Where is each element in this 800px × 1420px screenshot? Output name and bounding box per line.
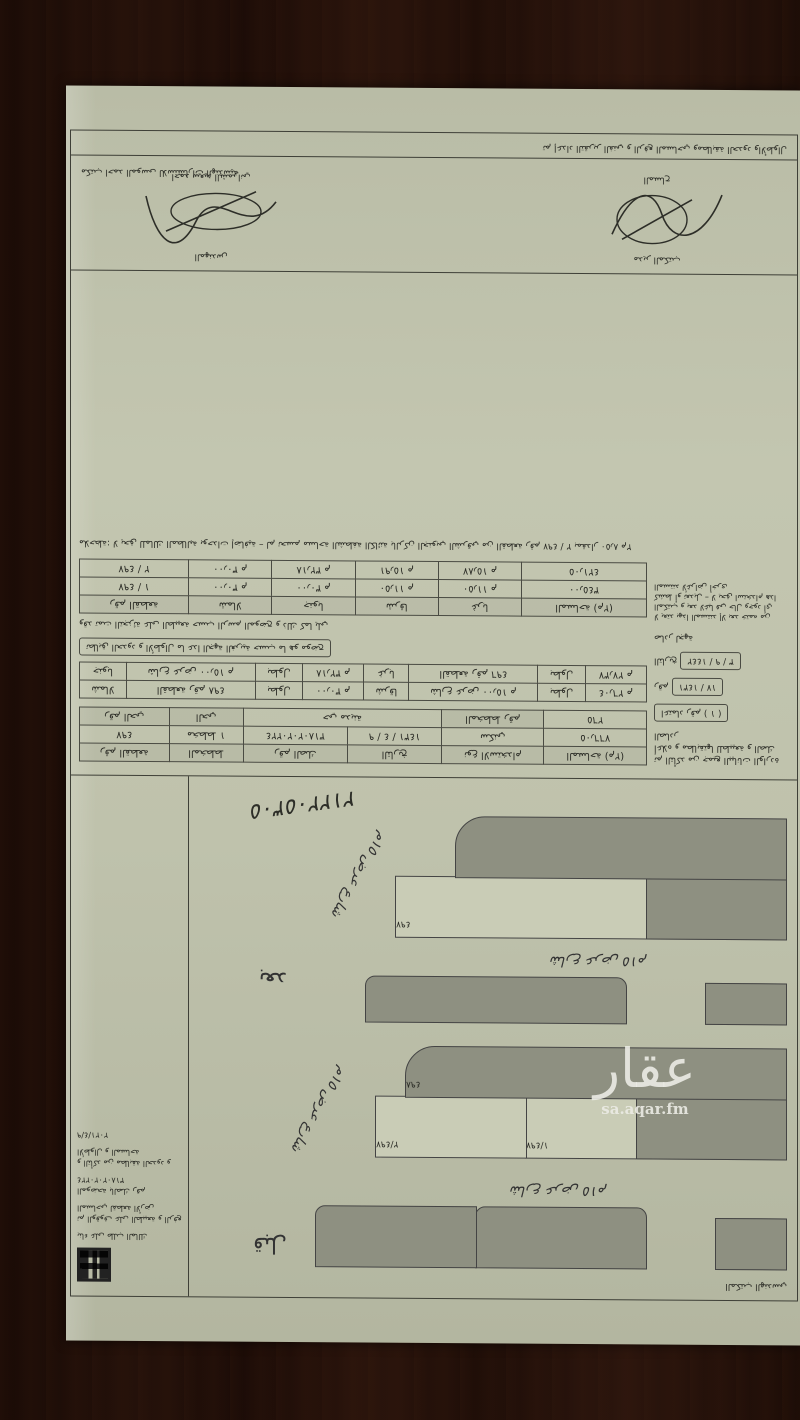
- property-label: رقم الحي: [80, 707, 170, 726]
- road-label-top: شارع عرض ١٥م: [510, 1183, 607, 1200]
- map-plot: ٤٩٧: [395, 876, 647, 940]
- property-label: المخطط رقم: [441, 710, 543, 729]
- division-intro: وقد تمت التجزئة على الطبيعة حسب الرسم ال…: [79, 618, 647, 634]
- info-line: و التأكد من مطابقة الحدود و الأطوال و ال…: [77, 1147, 182, 1170]
- property-value: ٣١٨٠٢٠٢٠٢٢٤: [243, 726, 348, 745]
- property-label: رقم القطعة: [80, 743, 170, 762]
- property-label: نوع الاستخدام: [441, 746, 543, 765]
- info-line: الموضحة بالصك رقم ٣١٨٠٢٠٢٠٢٢٤: [77, 1175, 182, 1198]
- number-box: رقم ١٤٣١ / ١٧: [654, 678, 789, 697]
- property-value: سكني: [441, 728, 543, 747]
- property-label: المخطط: [169, 744, 243, 763]
- map-block: [715, 1218, 787, 1271]
- property-value: ٢٦٥: [544, 710, 647, 729]
- approval-box: اعتماد رقم ( ١ ): [654, 704, 789, 723]
- office-name: مكتب احمد الموسى للاستشارات الهندسية: [81, 166, 238, 179]
- certification-text: تم إعداد التقرير الفني و الرفع المساحي و…: [543, 142, 787, 156]
- map-plot: [645, 877, 787, 940]
- office-manager-signature: مدير المكتب المساح: [577, 174, 737, 265]
- info-line: بناء على طلب المالك: [77, 1231, 182, 1243]
- survey-document-sheet: بناء على طلب المالك تم الوقوف على الطبيع…: [66, 85, 800, 1345]
- property-value: ٩ / ٤ / ١٤٣١: [348, 727, 442, 746]
- road-label-side: شارع عرض ١٥م: [288, 1063, 350, 1155]
- declaration-text: تم التأكد من جميع البيانات الواردة أعلاه…: [654, 730, 789, 767]
- property-value: ٧٦٦٫٠٥: [544, 728, 647, 747]
- property-label: التاريخ: [348, 745, 442, 764]
- document-content-rotated: بناء على طلب المالك تم الوقوف على الطبيع…: [70, 129, 798, 1301]
- office-label: المكتب الهندسي: [725, 1280, 787, 1292]
- road-label-top: شارع عرض ١٥م: [550, 953, 647, 970]
- map-plot: [455, 816, 787, 880]
- document-bottom-half: رقم القطعة المخطط رقم الصك التاريخ نوع ا…: [71, 130, 797, 780]
- fine-print: لا يعتد بهذا المستند إلا بعد ختمه من الم…: [654, 582, 789, 623]
- property-label: المساحة (م٢): [544, 746, 647, 765]
- map-plot: [635, 1097, 787, 1160]
- engineer-signature: المهندس احمد سعيد الشمراني: [131, 171, 291, 262]
- site-map-before: شارع عرض ١٥م ١/٤٩٧ ٢/٤٩٧ ٤٩٨ شارع عرض ١٥…: [227, 1047, 787, 1271]
- map-caption: قبل: [253, 1232, 287, 1257]
- document-top-half: بناء على طلب المالك تم الوقوف على الطبيع…: [71, 774, 797, 1300]
- boundary-note: تطابق الحدود و الأطوال ما عدا الجهة الغر…: [79, 638, 647, 660]
- map-plot: ٤٩٨: [405, 1046, 787, 1101]
- division-table: رقم القطعة شمالا جنوبا شرقا غربا المساحة…: [79, 559, 647, 618]
- division-note: ملاحظة: لا يحق للمالك المطالبة بوحدات إض…: [79, 537, 647, 553]
- road-label-side: شارع عرض ١٥م: [328, 829, 390, 921]
- property-value: مخطط ١: [169, 726, 243, 745]
- signature-scribble-icon: [582, 184, 732, 255]
- date-box: التاريخ ١٤٤٢ / ٩ / ٣: [654, 652, 789, 671]
- boundaries-table: شمالا القطعة رقم ٤٩٨ بطول ٣٠٫٠٠ م شرقا ش…: [79, 662, 647, 703]
- signature-divider: [71, 269, 797, 275]
- fee-label: صادر لجهة: [654, 632, 789, 645]
- qr-code-icon: [77, 1248, 111, 1282]
- map-caption: بعد: [259, 967, 287, 992]
- property-label: رقم الصك: [243, 744, 348, 763]
- property-label: الحي: [169, 708, 243, 727]
- signature-scribble-icon: [136, 181, 286, 252]
- map-plot: ١/٤٩٧: [525, 1097, 637, 1160]
- property-value: حي مدينة: [243, 708, 441, 727]
- site-map-after: شارع عرض ١٥م ٤٩٧ شارع عرض ١٥م بعد: [227, 792, 787, 1026]
- info-date: ٢٠٢١/٤/٩: [77, 1130, 182, 1142]
- map-plot: ٢/٤٩٧: [375, 1096, 527, 1159]
- document-info-strip: بناء على طلب المالك تم الوقوف على الطبيع…: [71, 775, 189, 1296]
- info-line: تم الوقوف على الطبيعة و الرفع المساحي لق…: [77, 1203, 182, 1226]
- header-divider: [71, 154, 797, 160]
- map-block: [365, 976, 627, 1025]
- map-block: [705, 983, 787, 1026]
- approvals-column: تم التأكد من جميع البيانات الواردة أعلاه…: [654, 582, 789, 767]
- property-value: ٤٩٧: [80, 725, 170, 744]
- map-block: [315, 1205, 477, 1268]
- property-table: رقم القطعة المخطط رقم الصك التاريخ نوع ا…: [79, 707, 647, 766]
- property-info-section: رقم القطعة المخطط رقم الصك التاريخ نوع ا…: [79, 537, 647, 766]
- map-block: [475, 1206, 647, 1269]
